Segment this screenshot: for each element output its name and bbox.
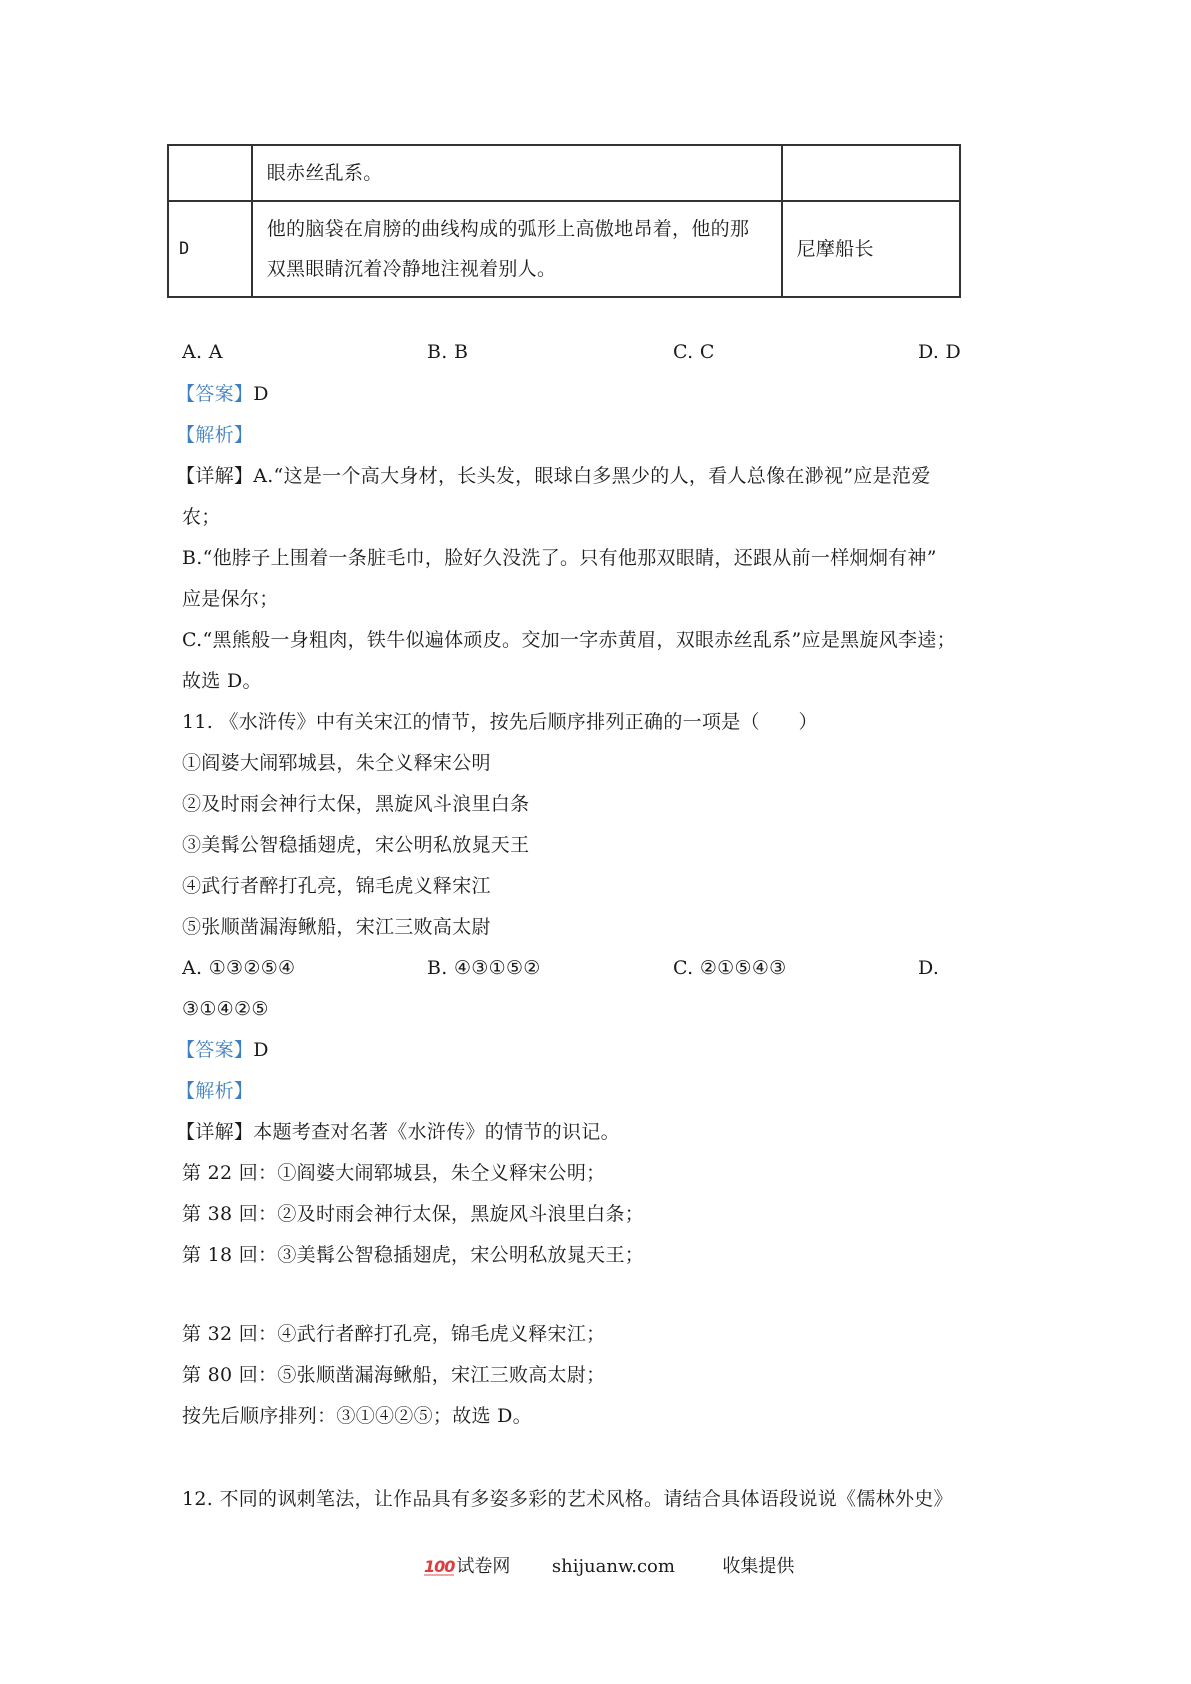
table-cell-label: [168, 145, 252, 201]
q12-stem: 12. 不同的讽刺笔法，让作品具有多姿多彩的艺术风格。请结合具体语段说说《儒林外…: [182, 1487, 953, 1511]
q11-chapter-line: 第 18 回：③美髯公智稳插翅虎，宋公明私放晁天王；: [182, 1243, 644, 1267]
q10-option-c: C. C: [673, 340, 715, 364]
q11-chapter-line: 第 22 回：①阎婆大闹郓城县，朱仝义释宋公明；: [182, 1161, 605, 1185]
table-cell-line: 他的脑袋在肩膀的曲线构成的弧形上高傲地昂着，他的那: [267, 209, 781, 249]
q11-item: ①阎婆大闹郓城县，朱仝义释宋公明: [182, 751, 491, 775]
q10-detail-line: 【详解】A.“这是一个高大身材，长头发，眼球白多黑少的人，看人总像在渺视”应是范…: [176, 464, 931, 488]
q11-option-b: B. ④③①⑤②: [427, 956, 541, 980]
q11-item: ②及时雨会神行太保，黑旋风斗浪里白条: [182, 792, 529, 816]
table-row: D 他的脑袋在肩膀的曲线构成的弧形上高傲地昂着，他的那 双黑眼睛沉着冷静地注视着…: [168, 201, 960, 297]
q11-option-d: D.: [918, 956, 939, 980]
q10-answer: 【答案】D: [176, 382, 269, 406]
q11-item: ③美髯公智稳插翅虎，宋公明私放晁天王: [182, 833, 529, 857]
answer-value: D: [253, 383, 269, 405]
footer: 100试卷网 shijuanw.com 收集提供: [424, 1552, 794, 1578]
table-cell-text: 他的脑袋在肩膀的曲线构成的弧形上高傲地昂着，他的那 双黑眼睛沉着冷静地注视着别人…: [252, 201, 782, 297]
q11-stem: 11. 《水浒传》中有关宋江的情节，按先后顺序排列正确的一项是（ ）: [182, 710, 818, 734]
table-cell-label: D: [168, 201, 252, 297]
answer-tag: 【答案】: [176, 1039, 253, 1061]
footer-domain-link[interactable]: shijuanw.com: [552, 1556, 675, 1577]
q11-answer: 【答案】D: [176, 1038, 269, 1062]
q11-chapter-line: 第 32 回：④武行者醉打孔亮，锦毛虎义释宋江；: [182, 1322, 605, 1346]
q11-option-c: C. ②①⑤④③: [673, 956, 787, 980]
q10-detail-line: 农；: [182, 505, 221, 529]
q11-chapter-line: 第 38 回：②及时雨会神行太保，黑旋风斗浪里白条；: [182, 1202, 644, 1226]
q11-option-a: A. ①③②⑤④: [182, 956, 295, 980]
q11-item: ⑤张顺凿漏海鳅船，宋江三败高太尉: [182, 915, 491, 939]
q11-detail-intro: 【详解】本题考查对名著《水浒传》的情节的识记。: [176, 1120, 620, 1144]
q10-detail-line: C.“黑熊般一身粗肉，铁牛似遍体顽皮。交加一字赤黄眉，双眼赤丝乱系”应是黑旋风李…: [182, 628, 956, 652]
q10-detail-line: B.“他脖子上围着一条脏毛巾，脸好久没洗了。只有他那双眼睛，还跟从前一样炯炯有神…: [182, 546, 937, 570]
q11-option-d-value: ③①④②⑤: [182, 997, 269, 1021]
character-table: 眼赤丝乱系。 D 他的脑袋在肩膀的曲线构成的弧形上高傲地昂着，他的那 双黑眼睛沉…: [167, 144, 961, 298]
q10-analysis-tag: 【解析】: [176, 423, 253, 447]
answer-tag: 【答案】: [176, 383, 253, 405]
q10-option-b: B. B: [427, 340, 468, 364]
logo-100-icon: 100: [424, 1560, 454, 1576]
q10-detail-line: 应是保尔；: [182, 587, 279, 611]
q10-option-d: D. D: [918, 340, 961, 364]
q11-conclusion: 按先后顺序排列：③①④②⑤；故选 D。: [182, 1404, 532, 1428]
q11-analysis-tag: 【解析】: [176, 1079, 253, 1103]
table-row: 眼赤丝乱系。: [168, 145, 960, 201]
table-cell-line: 双黑眼睛沉着冷静地注视着别人。: [267, 249, 781, 289]
q10-option-a: A. A: [182, 340, 223, 364]
q11-chapter-line: 第 80 回：⑤张顺凿漏海鳅船，宋江三败高太尉；: [182, 1363, 605, 1387]
q11-item: ④武行者醉打孔亮，锦毛虎义释宋江: [182, 874, 491, 898]
q10-detail-line: 故选 D。: [182, 669, 262, 693]
footer-site-name: 试卷网: [456, 1556, 510, 1577]
answer-value: D: [253, 1039, 269, 1061]
table-cell-text: 眼赤丝乱系。: [252, 145, 782, 201]
table-cell-answer: [782, 145, 960, 201]
table-cell-answer: 尼摩船长: [782, 201, 960, 297]
footer-provided: 收集提供: [722, 1556, 794, 1577]
